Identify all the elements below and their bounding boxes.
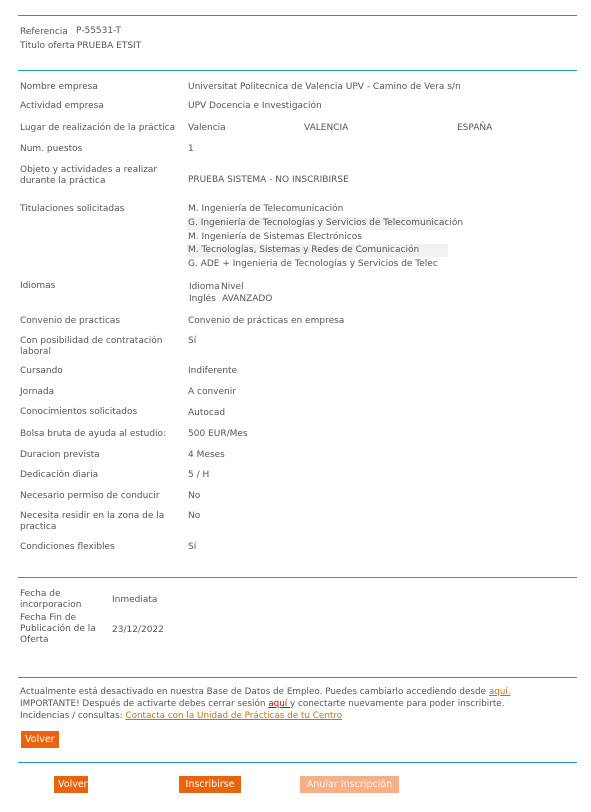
divider: [18, 762, 577, 763]
divider: [18, 70, 577, 71]
duracion-label: Duracion prevista: [20, 450, 180, 461]
idiomas-label: Idiomas: [20, 281, 180, 292]
cursando-value: Indiferente: [188, 366, 237, 376]
contratacion-value: Sí: [188, 336, 196, 346]
titulo-label: Titulo oferta: [20, 41, 75, 51]
jornada-label: Jornada: [20, 387, 180, 398]
cursando-label: Cursando: [20, 366, 180, 377]
volver-button[interactable]: Volver: [54, 776, 88, 793]
titulacion-item: M. Ingeniería de Telecomunicación: [187, 203, 448, 216]
notice-line-3: Incidencias / consultas: Contacta con la…: [20, 710, 342, 722]
volver-button-top[interactable]: Volver: [21, 731, 59, 748]
referencia-label: Referencia: [20, 27, 68, 37]
jornada-value: A convenir: [188, 387, 236, 397]
referencia-value: P-55531-T: [76, 26, 121, 36]
bolsa-value: 500 EUR/Mes: [188, 429, 248, 439]
permiso-label: Necesario permiso de conducir: [20, 491, 180, 502]
titulacion-item: G. ADE + Ingenieria de Tecnologías y Ser…: [187, 258, 448, 271]
nombre-empresa-value: Universitat Politecnica de Valencia UPV …: [188, 82, 461, 92]
lugar-province: VALENCIA: [304, 123, 348, 133]
dedicacion-label: Dedicación diaria: [20, 470, 180, 481]
convenio-label: Convenio de practicas: [20, 316, 180, 327]
notice-text: Incidencias / consultas:: [20, 711, 125, 721]
residir-value: No: [188, 511, 200, 521]
permiso-value: No: [188, 491, 200, 501]
convenio-value: Convenio de prácticas en empresa: [188, 316, 344, 326]
objeto-label: Objeto y actividades a realizar durante …: [20, 165, 180, 187]
conocimientos-label: Conocimientos solicitados: [20, 407, 180, 418]
num-puestos-label: Num. puestos: [20, 144, 180, 155]
fecha-fin-label: Fecha Fin de Publicación de la Oferta: [20, 613, 110, 646]
titulacion-item: G. Ingeniería de Tecnologías y Servicios…: [187, 217, 448, 230]
idioma-value: Inglés: [189, 294, 216, 304]
titulaciones-label: Titulaciones solicitadas: [20, 204, 180, 215]
titulacion-item: M. Ingeniería de Sistemas Electrónicos: [187, 231, 448, 244]
nivel-value: AVANZADO: [222, 294, 272, 304]
flexibles-value: Sí: [188, 542, 196, 552]
fecha-incorporacion-value: Inmediata: [112, 595, 157, 605]
bolsa-label: Bolsa bruta de ayuda al estudio:: [20, 429, 180, 440]
titulo-value: PRUEBA ETSIT: [77, 41, 141, 51]
lugar-country: ESPAÑA: [457, 123, 492, 133]
dedicacion-value: 5 / H: [188, 470, 209, 480]
anular-inscripcion-button[interactable]: Anular Inscripción: [300, 776, 399, 793]
actividad-empresa-label: Actividad empresa: [20, 101, 180, 112]
contratacion-label: Con posibilidad de contratación laboral: [20, 336, 180, 358]
divider: [18, 677, 577, 678]
objeto-value: PRUEBA SISTEMA - NO INSCRIBIRSE: [188, 175, 349, 185]
fecha-incorporacion-label: Fecha de incorporacion: [20, 589, 110, 611]
notice-text: IMPORTANTE! Después de activarte debes c…: [20, 699, 268, 709]
lugar-city: Valencia: [188, 123, 226, 133]
divider: [18, 15, 577, 16]
notice-text: Actualmente está desactivado en nuestra …: [20, 687, 489, 697]
contact-link[interactable]: Contacta con la Unidad de Prácticas de t…: [125, 711, 342, 721]
num-puestos-value: 1: [188, 144, 194, 154]
idiomas-col-idioma: Idioma: [189, 282, 220, 292]
inscribirse-button[interactable]: Inscribirse: [179, 776, 241, 793]
flexibles-label: Condiciones flexibles: [20, 542, 180, 553]
notice-line-1: Actualmente está desactivado en nuestra …: [20, 686, 511, 698]
residir-label: Necesita residir en la zona de la practi…: [20, 511, 180, 533]
logout-link[interactable]: aquí: [268, 699, 290, 709]
notice-text: y conectarte nuevamente para poder inscr…: [290, 699, 505, 709]
duracion-value: 4 Meses: [188, 450, 225, 460]
lugar-label: Lugar de realización de la práctica: [20, 123, 180, 134]
nombre-empresa-label: Nombre empresa: [20, 82, 180, 93]
activate-link[interactable]: aquí.: [489, 687, 511, 697]
idiomas-col-nivel: Nivel: [221, 282, 244, 292]
divider: [18, 577, 577, 578]
conocimientos-value: Autocad: [188, 408, 225, 418]
actividad-empresa-value: UPV Docencia e Investigación: [188, 101, 322, 111]
fecha-fin-value: 23/12/2022: [112, 625, 164, 635]
titulacion-item: M. Tecnologías, Sistemas y Redes de Comu…: [187, 244, 448, 257]
notice-line-2: IMPORTANTE! Después de activarte debes c…: [20, 698, 505, 710]
